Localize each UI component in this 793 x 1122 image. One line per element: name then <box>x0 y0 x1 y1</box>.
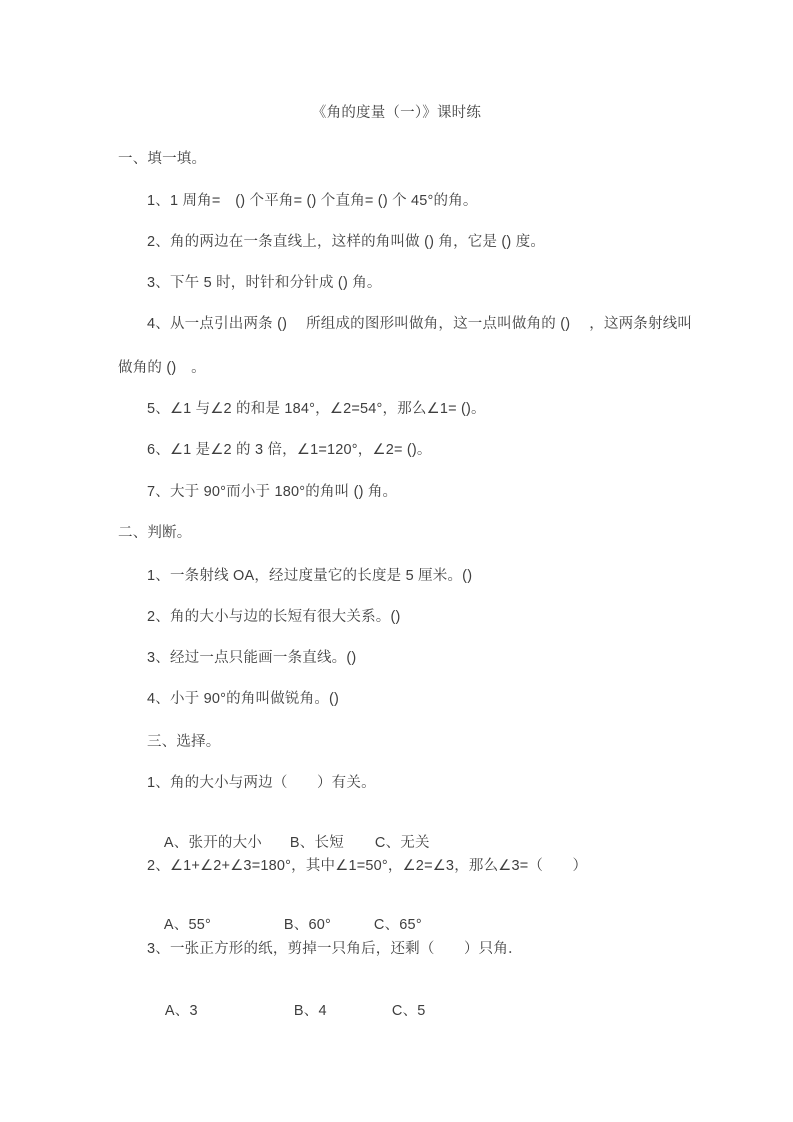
fill-item-4-line2: 做角的 () 。 <box>118 359 206 377</box>
choice-question-3-options: A、3B、4C、5 <box>148 984 426 1038</box>
choice-q1-option-c: C、无关 <box>375 835 430 851</box>
choice-q2-option-c: C、65° <box>374 917 422 933</box>
choice-q1-option-b: B、长短 <box>290 834 375 852</box>
judge-item-2: 2、角的大小与边的长短有很大关系。() <box>147 608 401 626</box>
fill-item-6: 6、∠1 是∠2 的 3 倍，∠1=120°，∠2= ()。 <box>147 441 432 459</box>
choice-q2-option-b: B、60° <box>284 916 374 934</box>
fill-item-4-line1: 4、从一点引出两条 () 所组成的图形叫做角，这一点叫做角的 () ，这两条射线… <box>147 315 692 333</box>
choice-q3-option-a: A、3 <box>165 1002 294 1020</box>
fill-item-5: 5、∠1 与∠2 的和是 184°，∠2=54°，那么∠1= ()。 <box>147 400 486 418</box>
fill-item-1: 1、1 周角= () 个平角= () 个直角= () 个 45°的角。 <box>147 192 478 210</box>
choice-question-3: 3、一张正方形的纸，剪掉一只角后，还剩（ ）只角． <box>147 940 523 958</box>
fill-item-3: 3、下午 5 时，时针和分针成 () 角。 <box>147 274 382 292</box>
choice-q2-option-a: A、55° <box>164 916 284 934</box>
choice-question-1: 1、角的大小与两边（ ）有关。 <box>147 774 376 792</box>
choice-q3-option-c: C、5 <box>392 1003 426 1019</box>
worksheet-title: 《角的度量（一）》课时练 <box>0 104 793 122</box>
section1-heading: 一、填一填。 <box>118 150 206 168</box>
fill-item-2: 2、角的两边在一条直线上，这样的角叫做 () 角，它是 () 度。 <box>147 233 545 251</box>
judge-item-1: 1、一条射线 OA，经过度量它的长度是 5 厘米。() <box>147 567 472 585</box>
section2-heading: 二、判断。 <box>118 524 192 542</box>
choice-question-2: 2、∠1+∠2+∠3=180°，其中∠1=50°，∠2=∠3，那么∠3=（ ） <box>147 857 587 875</box>
judge-item-3: 3、经过一点只能画一条直线。() <box>147 649 356 667</box>
section3-heading: 三、选择。 <box>147 733 221 751</box>
worksheet-page: 《角的度量（一）》课时练 一、填一填。 1、1 周角= () 个平角= () 个… <box>0 0 793 1122</box>
choice-q1-option-a: A、张开的大小 <box>164 834 290 852</box>
choice-q3-option-b: B、4 <box>294 1002 392 1020</box>
judge-item-4: 4、小于 90°的角叫做锐角。() <box>147 690 339 708</box>
fill-item-7: 7、大于 90°而小于 180°的角叫 () 角。 <box>147 483 397 501</box>
